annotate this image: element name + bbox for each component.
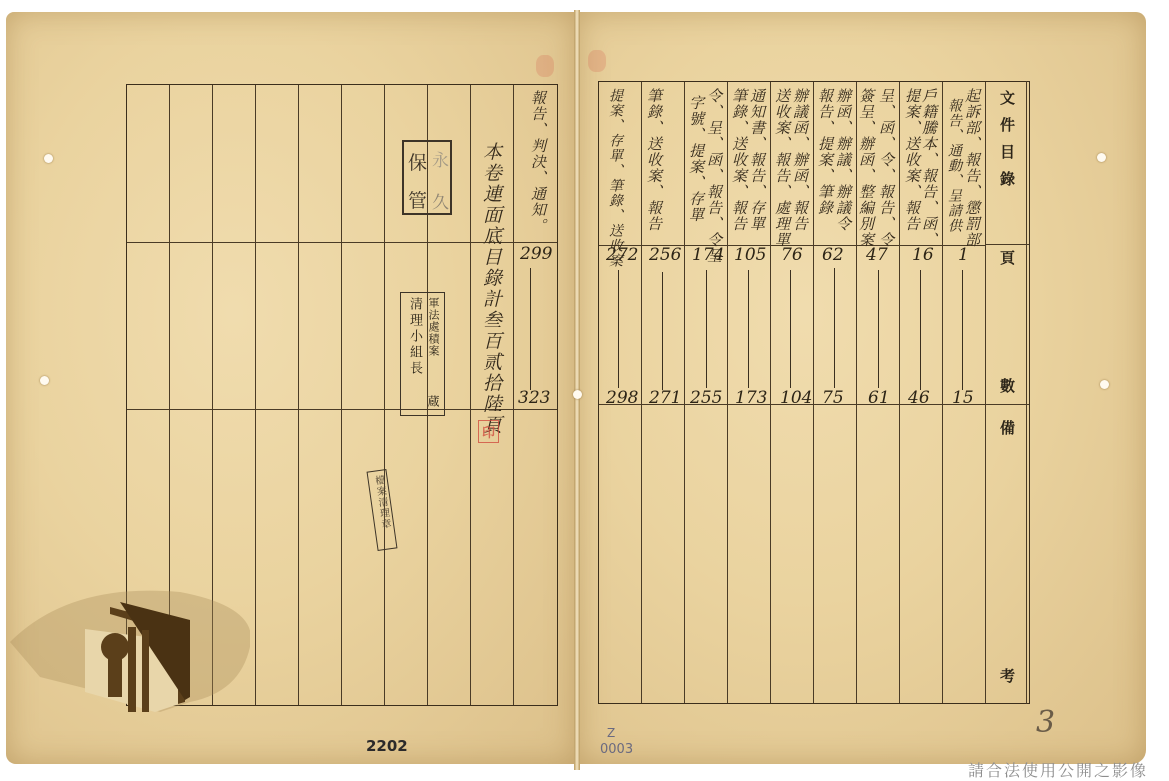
page-to: 75	[822, 388, 844, 408]
entry-title: 通知書、報告、存單	[747, 88, 768, 232]
entry-title: 報告、判決、通知。	[528, 90, 549, 234]
entry-title: 起訴部、報告、懲罰部	[962, 88, 983, 248]
page-from: 1	[958, 245, 969, 265]
closing-note: 本卷連面底目錄計叁百贰拾陸頁	[478, 142, 505, 436]
binding-hole	[40, 376, 49, 385]
page-to: 61	[868, 388, 890, 408]
header-count-label: 數	[997, 378, 1018, 394]
range-line	[618, 270, 619, 388]
usage-watermark: 請合法使用公開之影像	[968, 758, 1148, 781]
red-seal-signature: 印	[478, 420, 499, 443]
entry-title: 呈、函、令、報告、令	[876, 88, 897, 248]
entry-title: 辦議函、辦函、報告	[790, 88, 811, 232]
page-to: 104	[780, 388, 812, 408]
entry-title: 筆錄、送收案、報告	[729, 88, 750, 232]
binding-hole	[44, 154, 53, 163]
entry-title: 筆錄、送收案、報告	[644, 88, 665, 232]
page-to: 46	[908, 388, 930, 408]
page-from: 76	[781, 245, 803, 265]
archive-code-bottom: 0003	[600, 742, 633, 757]
page-from: 62	[822, 245, 844, 265]
folio-number: 3	[1036, 705, 1055, 740]
cleanup-group-stamp: 軍法處積案 清理小組長 蔵	[400, 292, 445, 416]
range-line	[878, 270, 879, 388]
entry-title: 提案、存單、筆錄、送收案	[605, 88, 625, 268]
range-line	[530, 268, 531, 390]
page-from: 105	[734, 245, 766, 265]
binding-hole	[573, 390, 582, 399]
header-row-divider	[985, 244, 1029, 245]
binding-hole	[1097, 153, 1106, 162]
entry-title: 辦函、辦議、辦議令	[833, 88, 854, 232]
entry-title: 報告、通動、呈請供	[944, 98, 964, 233]
page-from: 47	[866, 245, 888, 265]
red-seal-left	[536, 55, 554, 77]
range-line	[834, 268, 835, 388]
range-line	[790, 270, 791, 388]
red-seal-right	[588, 50, 606, 72]
entry-title: 簽呈、辦函、整編別案	[856, 88, 877, 248]
binding-hole	[1100, 380, 1109, 389]
entry-title: 提案、送收案、報告	[902, 88, 923, 232]
stamped-number: 2202	[366, 737, 408, 755]
header-row-divider	[985, 404, 1029, 405]
header-column-divider	[1026, 81, 1027, 704]
entry-title: 令、呈、函、報告、令呈	[704, 88, 725, 264]
range-line	[920, 270, 921, 390]
range-line	[748, 270, 749, 388]
page-to: 173	[735, 388, 767, 408]
page-from: 16	[912, 245, 934, 265]
range-line	[662, 272, 663, 390]
page-from: 174	[692, 245, 724, 265]
page-to: 323	[518, 388, 550, 408]
page-to: 15	[952, 388, 974, 408]
page-to: 298	[606, 388, 638, 408]
header-page-label: 頁	[997, 250, 1018, 266]
page-to: 255	[690, 388, 722, 408]
page-from: 272	[606, 245, 638, 265]
entry-title: 報告、提案、筆錄	[815, 88, 836, 216]
header-remarks-top: 備	[997, 420, 1018, 436]
range-line	[706, 270, 707, 388]
page-from: 299	[520, 244, 552, 264]
range-line	[962, 270, 963, 390]
page-from: 256	[649, 245, 681, 265]
entry-title: 字號、提案、存單	[686, 95, 707, 223]
archive-book-keyhole-logo	[10, 582, 250, 712]
header-remarks-bottom: 考	[997, 668, 1018, 684]
header-title: 文件目錄	[997, 90, 1018, 198]
entry-title: 送收案、報告、處理單	[772, 88, 793, 248]
archive-code-top: Z	[607, 726, 615, 740]
page-to: 271	[649, 388, 681, 408]
retention-stamp: 永 久 保 管	[402, 140, 452, 215]
